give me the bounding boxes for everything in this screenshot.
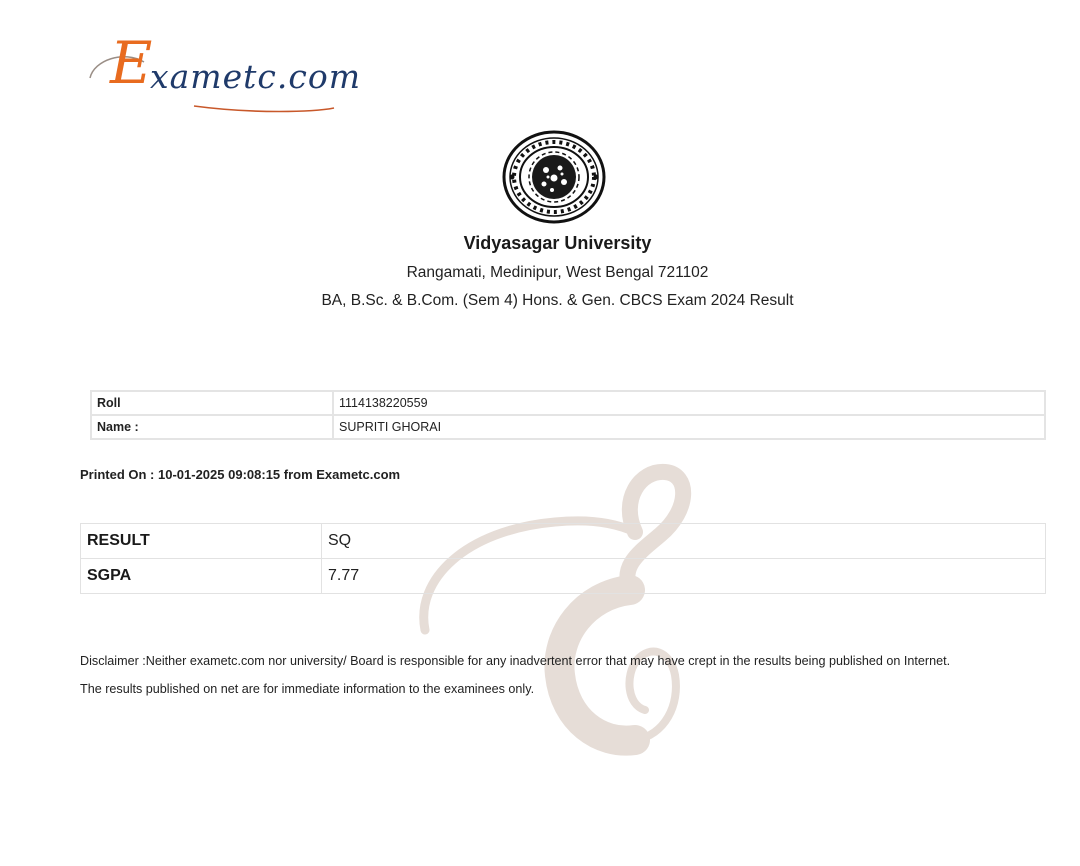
logo-initial: E (110, 34, 152, 92)
university-name: Vidyasagar University (0, 233, 1080, 254)
university-seal-icon (502, 130, 606, 224)
table-row: Name : SUPRITI GHORAI (91, 415, 1045, 439)
exam-title: BA, B.Sc. & B.Com. (Sem 4) Hons. & Gen. … (0, 292, 1080, 310)
exametc-logo: E xametc.com (84, 40, 374, 115)
roll-label: Roll (91, 391, 333, 415)
exametc-e-watermark-icon (405, 460, 715, 760)
result-value: SQ (322, 524, 1046, 559)
sgpa-label: SGPA (81, 559, 322, 594)
roll-value: 1114138220559 (333, 391, 1045, 415)
result-label: RESULT (81, 524, 322, 559)
sgpa-value: 7.77 (322, 559, 1046, 594)
university-address: Rangamati, Medinipur, West Bengal 721102 (0, 264, 1080, 282)
logo-text: xametc.com (150, 60, 361, 93)
disclaimer-line-1: Disclaimer :Neither exametc.com nor univ… (80, 654, 950, 668)
student-info-table: Roll 1114138220559 Name : SUPRITI GHORAI (90, 390, 1046, 440)
name-value: SUPRITI GHORAI (333, 415, 1045, 439)
name-label: Name : (91, 415, 333, 439)
printed-on: Printed On : 10-01-2025 09:08:15 from Ex… (80, 467, 400, 482)
disclaimer-line-2: The results published on net are for imm… (80, 682, 534, 696)
table-row: SGPA 7.77 (81, 559, 1046, 594)
table-row: Roll 1114138220559 (91, 391, 1045, 415)
table-row: RESULT SQ (81, 524, 1046, 559)
result-table: RESULT SQ SGPA 7.77 (80, 523, 1046, 594)
